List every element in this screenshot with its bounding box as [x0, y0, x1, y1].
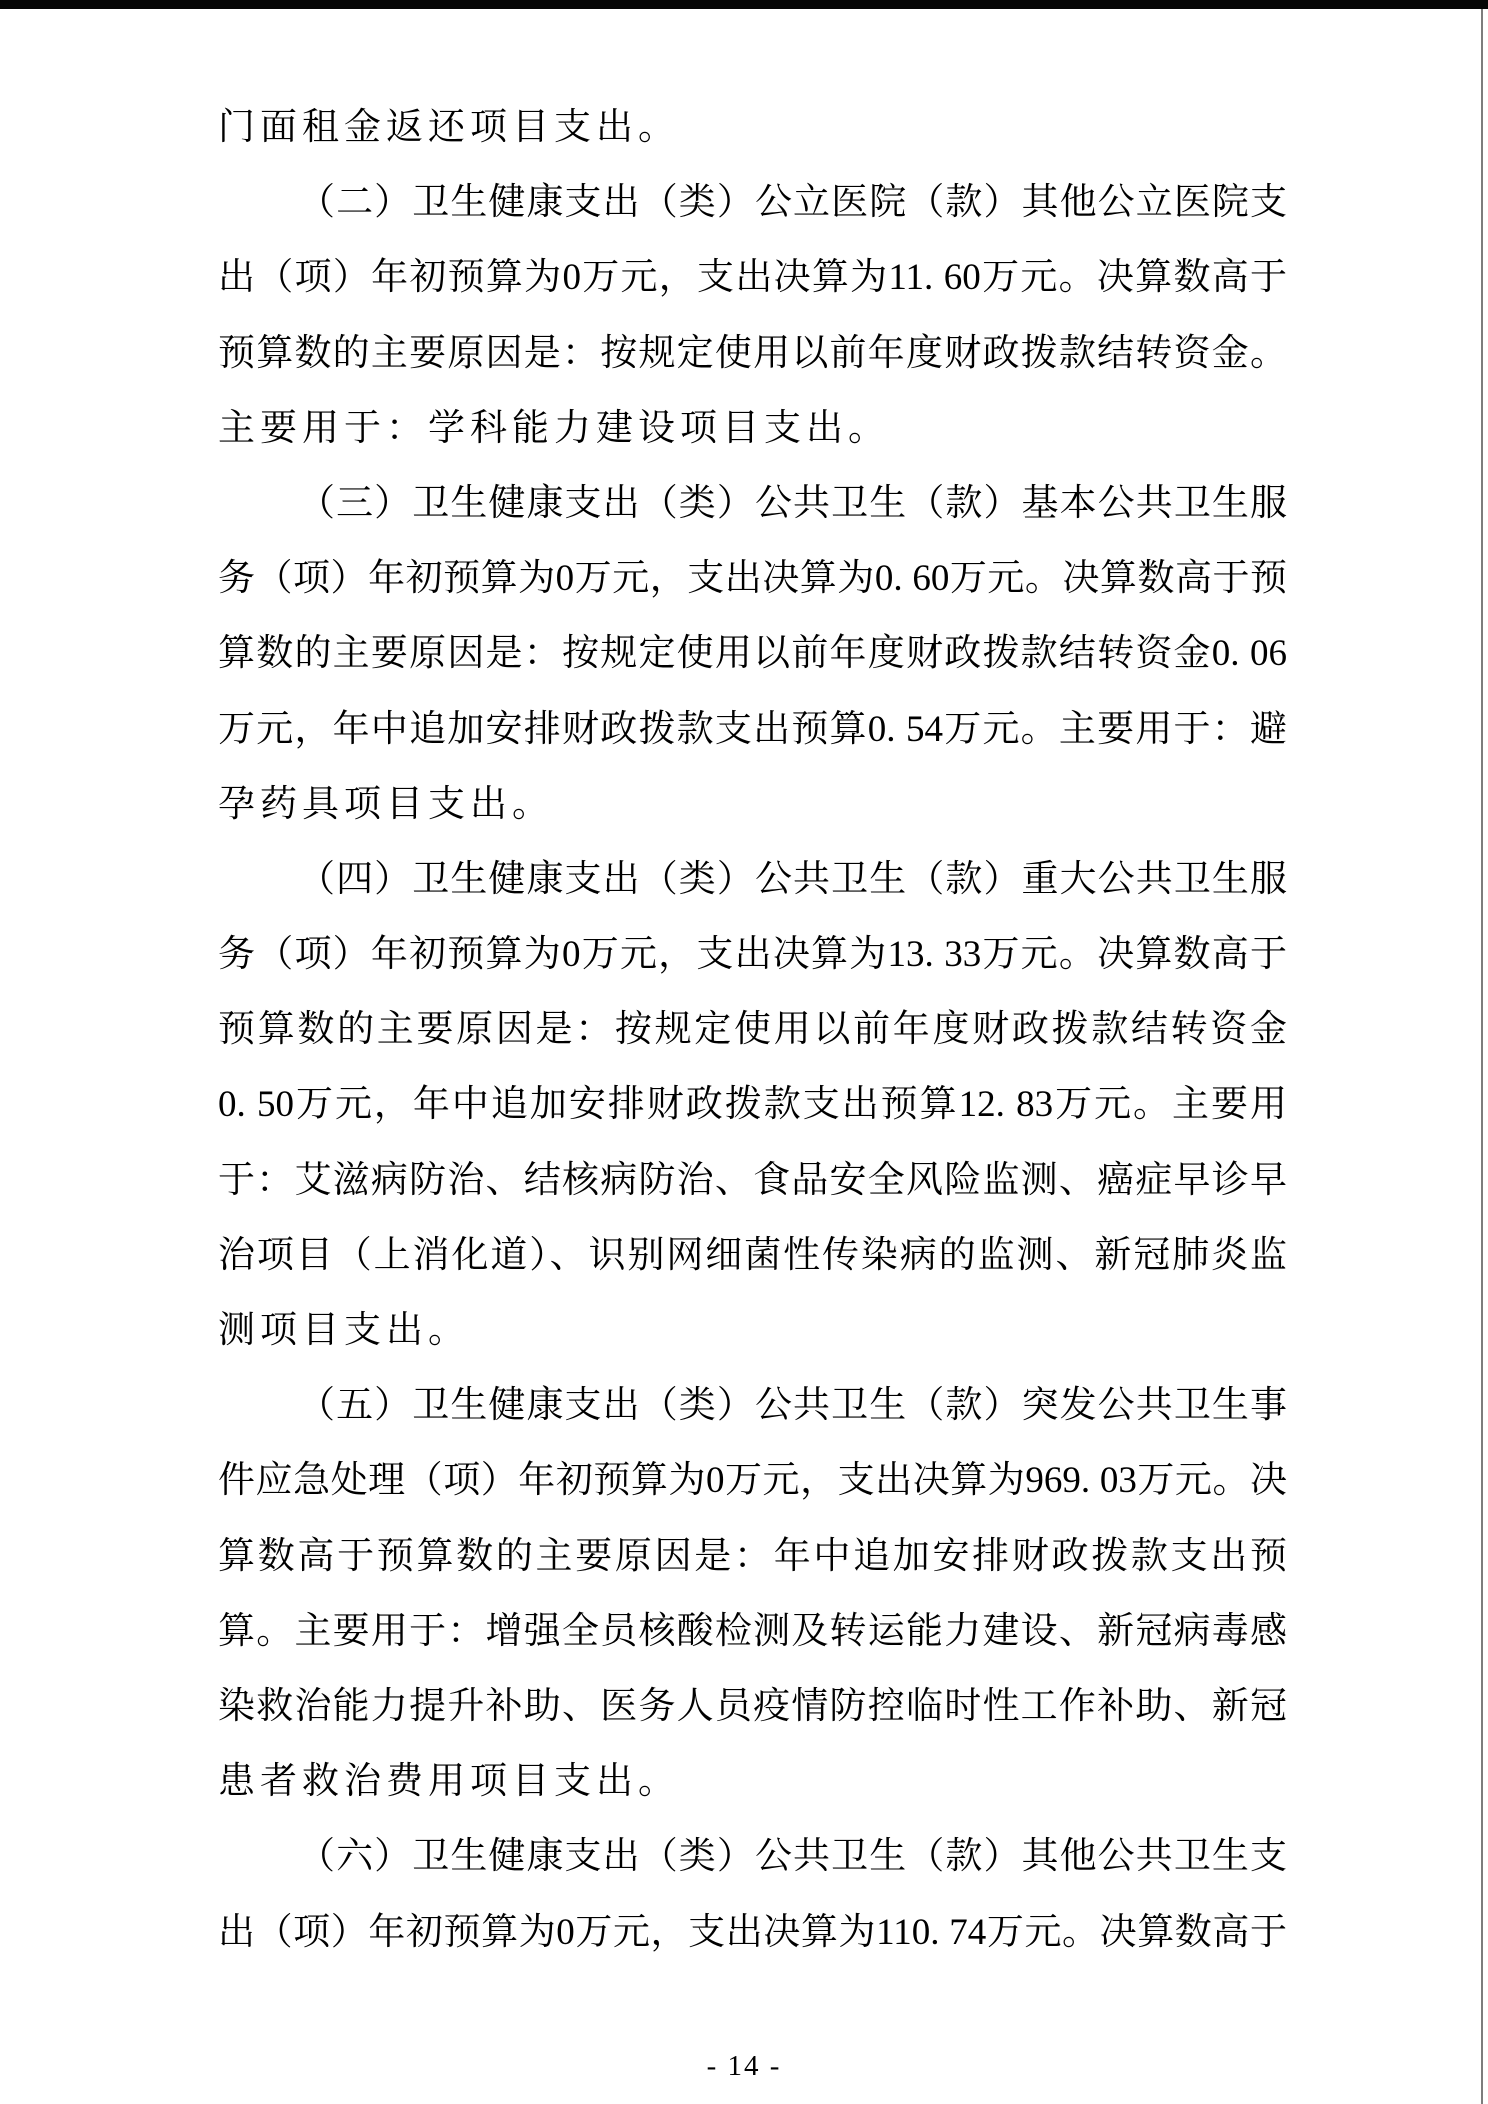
- text-line: 主要用于：学科能力建设项目支出。: [218, 391, 1287, 466]
- paragraph-item-6: （六）卫生健康支出（类）公共卫生（款）其他公共卫生支 出（项）年初预算为0万元，…: [218, 1819, 1287, 1969]
- text-line: 万元，年中追加安排财政拨款支出预算0. 54万元。主要用于：避: [218, 692, 1287, 767]
- text-line: 治项目（上消化道）、识别网细菌性传染病的监测、新冠肺炎监: [218, 1218, 1287, 1293]
- paragraph-item-4: （四）卫生健康支出（类）公共卫生（款）重大公共卫生服 务（项）年初预算为0万元，…: [218, 842, 1287, 1368]
- scan-artifact-top-bar: [0, 0, 1488, 9]
- text-line: 患者救治费用项目支出。: [218, 1744, 1287, 1819]
- paragraph-item-2: （二）卫生健康支出（类）公立医院（款）其他公立医院支 出（项）年初预算为0万元，…: [218, 165, 1287, 466]
- paragraph-item-3: （三）卫生健康支出（类）公共卫生（款）基本公共卫生服 务（项）年初预算为0万元，…: [218, 466, 1287, 842]
- scanned-document-page: { "page": { "number_label": "- 14 -", "s…: [0, 0, 1488, 2104]
- text-line: 算数的主要原因是：按规定使用以前年度财政拨款结转资金0. 06: [218, 616, 1287, 691]
- text-line: 于：艾滋病防治、结核病防治、食品安全风险监测、癌症早诊早: [218, 1143, 1287, 1218]
- text-line: 件应急处理（项）年初预算为0万元，支出决算为969. 03万元。决: [218, 1443, 1287, 1518]
- paragraph-continuation: 门面租金返还项目支出。: [218, 90, 1287, 165]
- text-line: 0. 50万元，年中追加安排财政拨款支出预算12. 83万元。主要用: [218, 1067, 1287, 1142]
- text-line: 算。主要用于：增强全员核酸检测及转运能力建设、新冠病毒感: [218, 1594, 1287, 1669]
- text-line: 预算数的主要原因是：按规定使用以前年度财政拨款结转资金: [218, 992, 1287, 1067]
- text-line: 预算数的主要原因是：按规定使用以前年度财政拨款结转资金。: [218, 316, 1287, 391]
- text-line: 务（项）年初预算为0万元，支出决算为13. 33万元。决算数高于: [218, 917, 1287, 992]
- page-number: - 14 -: [0, 2046, 1488, 2086]
- text-line: 出（项）年初预算为0万元，支出决算为11. 60万元。决算数高于: [218, 240, 1287, 315]
- document-body: 门面租金返还项目支出。 （二）卫生健康支出（类）公立医院（款）其他公立医院支 出…: [218, 90, 1287, 1970]
- text-line: 务（项）年初预算为0万元，支出决算为0. 60万元。决算数高于预: [218, 541, 1287, 616]
- text-line: （五）卫生健康支出（类）公共卫生（款）突发公共卫生事: [218, 1368, 1287, 1443]
- text-line: 出（项）年初预算为0万元，支出决算为110. 74万元。决算数高于: [218, 1895, 1287, 1970]
- text-line: 测项目支出。: [218, 1293, 1287, 1368]
- text-line: 算数高于预算数的主要原因是：年中追加安排财政拨款支出预: [218, 1519, 1287, 1594]
- text-line: 门面租金返还项目支出。: [218, 90, 1287, 165]
- text-line: 染救治能力提升补助、医务人员疫情防控临时性工作补助、新冠: [218, 1669, 1287, 1744]
- text-line: 孕药具项目支出。: [218, 767, 1287, 842]
- scan-artifact-page-edge-line: [1481, 9, 1483, 2104]
- text-line: （六）卫生健康支出（类）公共卫生（款）其他公共卫生支: [218, 1819, 1287, 1894]
- text-line: （二）卫生健康支出（类）公立医院（款）其他公立医院支: [218, 165, 1287, 240]
- paragraph-item-5: （五）卫生健康支出（类）公共卫生（款）突发公共卫生事 件应急处理（项）年初预算为…: [218, 1368, 1287, 1819]
- text-line: （三）卫生健康支出（类）公共卫生（款）基本公共卫生服: [218, 466, 1287, 541]
- text-line: （四）卫生健康支出（类）公共卫生（款）重大公共卫生服: [218, 842, 1287, 917]
